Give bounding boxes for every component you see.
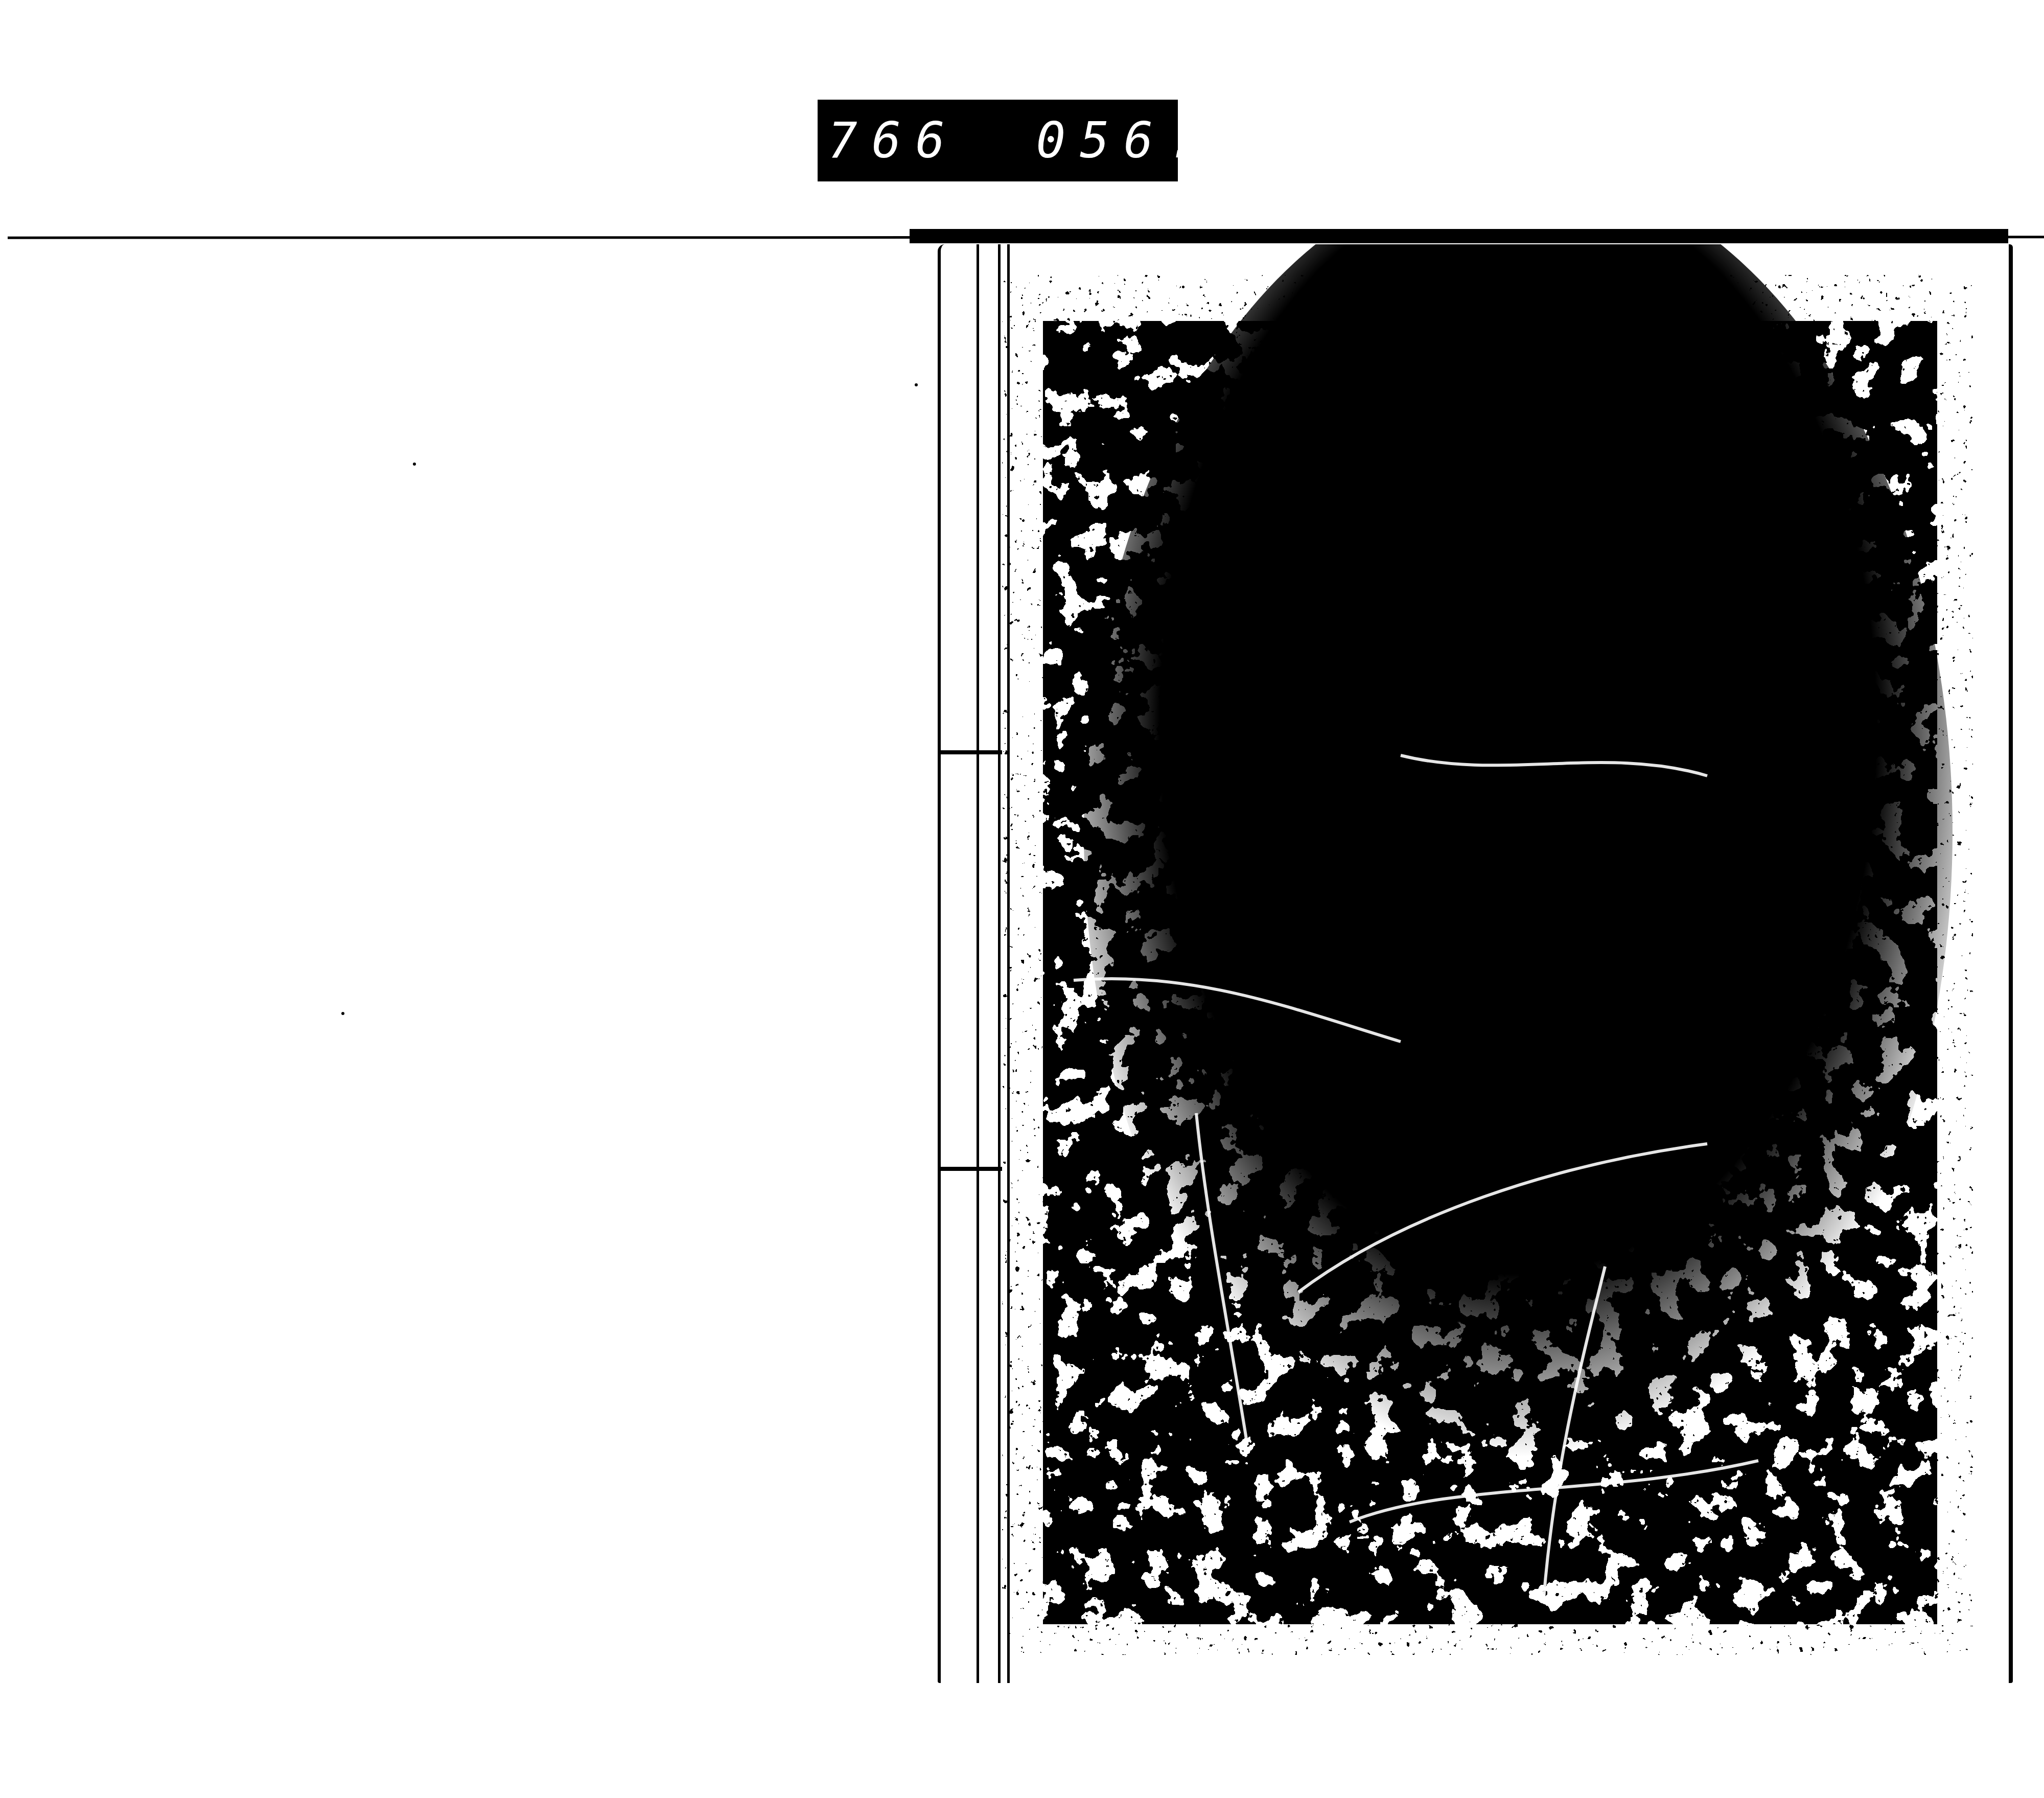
spine-line (998, 244, 1001, 1683)
speck (413, 463, 416, 466)
binding-stitch (941, 750, 1002, 754)
speck (915, 383, 918, 386)
binding-stitch (941, 1167, 1002, 1171)
speck (341, 1012, 344, 1015)
catalog-label: 766 056. (818, 100, 1178, 181)
cover-texture (941, 244, 2009, 1683)
spine-line (1007, 244, 1010, 1683)
catalog-number-part1: 766 (828, 112, 959, 169)
book-top-edge (910, 229, 2008, 243)
spine-line (977, 244, 979, 1683)
book-cover (938, 244, 2013, 1683)
catalog-number-part2: 056. (1036, 112, 1211, 169)
